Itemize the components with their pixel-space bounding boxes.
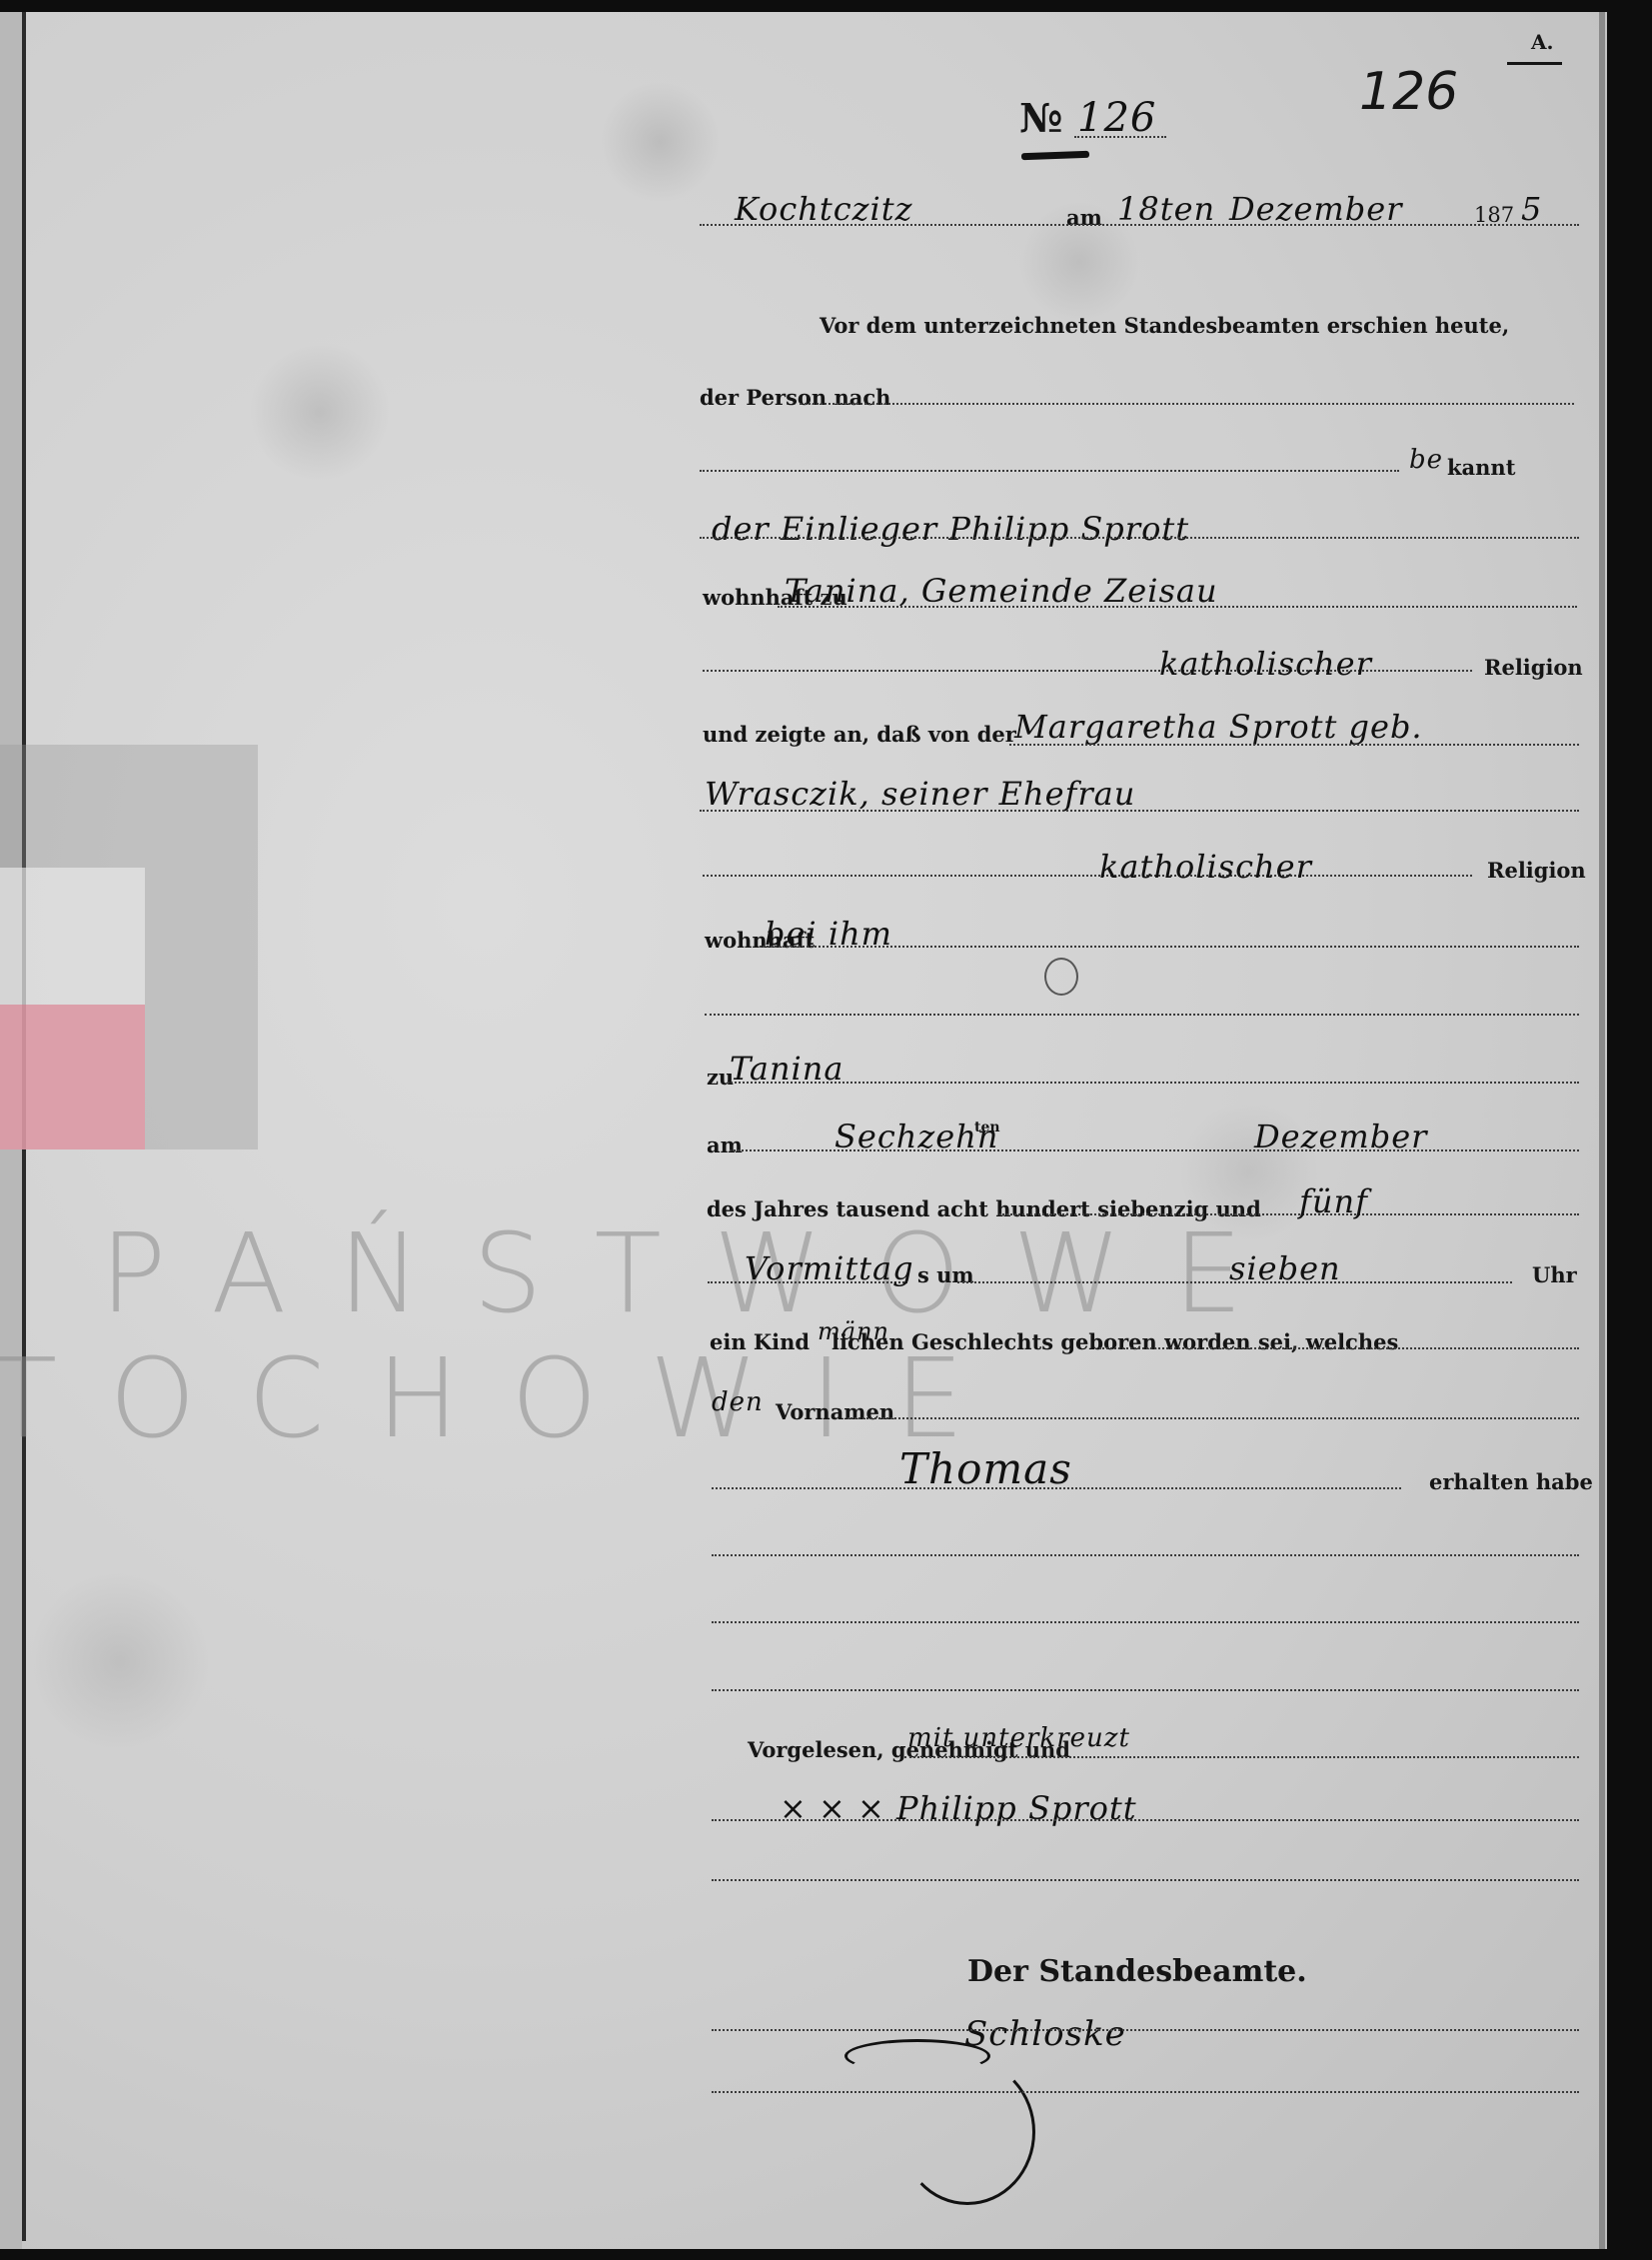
record-day: 18ten — [1117, 190, 1215, 228]
mother-religion-line — [703, 875, 1472, 877]
given-name: Thomas — [899, 1444, 1072, 1493]
birth-date-label: am — [707, 1132, 743, 1157]
given-names-line — [847, 1417, 1579, 1419]
mother-line2 — [700, 810, 1579, 812]
date-line — [700, 224, 1579, 226]
form-letter-rule — [1507, 62, 1562, 65]
watermark-text-line1: PAŃSTWOWE — [100, 1209, 1294, 1337]
birth-year-line — [999, 1213, 1579, 1215]
register-number-line — [1074, 136, 1166, 138]
person-line — [800, 403, 1574, 405]
intro-text: Vor dem unterzeichneten Standesbeamten e… — [820, 313, 1509, 338]
place-of-record: Kochtczitz — [735, 190, 912, 228]
announce-label: und zeigte an, daß von der — [703, 722, 1016, 747]
signature-line-2 — [712, 1879, 1579, 1881]
signature-line — [712, 1819, 1579, 1821]
mother-line — [1009, 744, 1579, 746]
register-number-label: № — [1019, 95, 1062, 142]
known-prefix-hand: be — [1409, 445, 1443, 475]
read-approved-line — [904, 1756, 1579, 1758]
mother-name-line2: Wrasczik, seiner Ehefrau — [705, 775, 1135, 813]
known-line — [700, 470, 1399, 472]
page-right-edge — [1599, 12, 1605, 2249]
known-suffix: kannt — [1447, 455, 1515, 480]
given-names-label: Vornamen — [776, 1399, 894, 1424]
registrar-line-2 — [712, 2091, 1579, 2093]
given-name-prefix: den — [712, 1387, 764, 1417]
birth-year-label: des Jahres tausend acht hundert siebenzi… — [707, 1196, 1261, 1221]
time-suffix: s um — [917, 1262, 974, 1287]
hour-label: Uhr — [1532, 1262, 1577, 1287]
birth-day-suffix: ten — [974, 1120, 1000, 1135]
informant-religion: katholischer — [1159, 645, 1372, 683]
blank-line-2 — [712, 1554, 1579, 1556]
received-label: erhalten habe — [1429, 1469, 1593, 1494]
watermark-logo-red-block — [0, 1005, 145, 1149]
blank-line-3 — [712, 1621, 1579, 1623]
informant-line — [700, 537, 1579, 539]
mother-religion-label: Religion — [1487, 858, 1586, 883]
birth-hour: sieben — [1229, 1249, 1341, 1287]
form-letter: A. — [1531, 30, 1553, 54]
date-prefix: am — [1066, 205, 1102, 230]
registrar-line — [712, 2029, 1579, 2031]
residence-line — [778, 606, 1577, 608]
given-name-line — [712, 1487, 1401, 1489]
register-number: 126 — [1077, 95, 1156, 141]
informant-signature: × × × Philipp Sprott — [780, 1789, 1137, 1827]
birthplace-line — [728, 1082, 1579, 1084]
birth-month: Dezember — [1254, 1118, 1427, 1155]
corner-record-number: 126 — [1359, 62, 1458, 122]
child-label-rest: lichen Geschlechts geboren worden sei, w… — [831, 1329, 1398, 1354]
record-year-hand: 5 — [1521, 190, 1542, 228]
mother-name: Margaretha Sprott geb. — [1014, 708, 1423, 746]
blank-line-4 — [712, 1689, 1579, 1691]
blank-line — [705, 1014, 1579, 1016]
child-label: ein Kind — [710, 1329, 810, 1354]
read-approved-hand: mit unterkreuzt — [907, 1723, 1130, 1753]
mother-residence-line — [760, 946, 1579, 948]
registrar-title: Der Standesbeamte. — [967, 1954, 1307, 1989]
birth-time-of-day: Vormittag — [745, 1249, 914, 1287]
informant-residence: Tanina, Gemeinde Zeisau — [785, 572, 1218, 610]
registrar-signature: Schloske — [964, 2014, 1126, 2054]
informant-name: der Einlieger Philipp Sprott — [712, 510, 1189, 548]
mother-religion: katholischer — [1099, 848, 1312, 886]
signature-flourish-loop — [899, 2059, 1035, 2205]
record-month: Dezember — [1229, 190, 1402, 228]
informant-religion-label: Religion — [1484, 655, 1583, 680]
person-label: der Person nach — [700, 385, 890, 410]
stamp-circle-mark — [1044, 958, 1078, 996]
birth-year-hand: fünf — [1299, 1182, 1368, 1220]
child-line — [1099, 1347, 1579, 1349]
